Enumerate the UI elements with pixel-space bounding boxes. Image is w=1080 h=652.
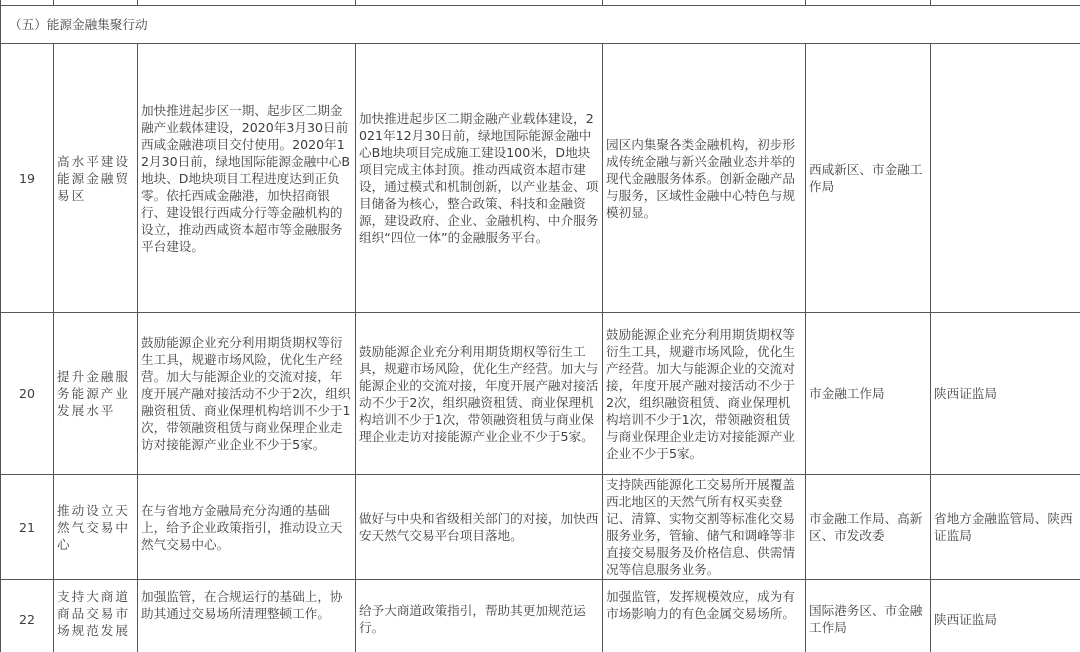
row-number: 19 bbox=[1, 44, 54, 313]
measures-2020: 鼓励能源企业充分利用期货期权等衍生工具，规避市场风险，优化生产经营。加大与能源企… bbox=[138, 313, 356, 475]
measures-2021: 做好与中央和省级相关部门的对接，加快西安天然气交易平台项目落地。 bbox=[356, 475, 603, 580]
task-name: 支持大商道商品交易市场规范发展 bbox=[54, 580, 138, 652]
row-number: 21 bbox=[1, 475, 54, 580]
goal-2025: 支持陕西能源化工交易所开展覆盖西北地区的天然气所有权买卖登记、清算、实物交割等标… bbox=[603, 475, 806, 580]
support-unit bbox=[931, 44, 1080, 313]
row-number: 22 bbox=[1, 580, 54, 652]
task-name: 提升金融服务能源产业发展水平 bbox=[54, 313, 138, 475]
measures-2021: 鼓励能源企业充分利用期货期权等衍生工具，规避市场风险，优化生产经营。加大与能源企… bbox=[356, 313, 603, 475]
measures-2020: 加快推进起步区一期、起步区二期金融产业载体建设，2020年3月30日前西咸金融港… bbox=[138, 44, 356, 313]
table-row: 22 支持大商道商品交易市场规范发展 加强监管，在合规运行的基础上，协助其通过交… bbox=[1, 580, 1080, 652]
section-header-row: （五）能源金融集聚行动 bbox=[1, 6, 1080, 44]
support-unit: 省地方金融监管局、陕西证监局 bbox=[931, 475, 1080, 580]
measures-2020: 加强监管，在合规运行的基础上，协助其通过交易场所清理整顿工作。 bbox=[138, 580, 356, 652]
task-name: 推动设立天然气交易中心 bbox=[54, 475, 138, 580]
row-number: 20 bbox=[1, 313, 54, 475]
goal-2025: 鼓励能源企业充分利用期货期权等衍生工具，规避市场风险，优化生产经营。加大与能源企… bbox=[603, 313, 806, 475]
lead-unit: 国际港务区、市金融工作局 bbox=[806, 580, 931, 652]
lead-unit: 市金融工作局、高新区、市发改委 bbox=[806, 475, 931, 580]
measures-2020: 在与省地方金融局充分沟通的基础上，给予企业政策指引，推动设立天然气交易中心。 bbox=[138, 475, 356, 580]
table-row: 19 高水平建设能源金融贸易区 加快推进起步区一期、起步区二期金融产业载体建设，… bbox=[1, 44, 1080, 313]
lead-unit: 西咸新区、市金融工作局 bbox=[806, 44, 931, 313]
action-plan-table: （五）能源金融集聚行动 19 高水平建设能源金融贸易区 加快推进起步区一期、起步… bbox=[0, 0, 1080, 652]
goal-2025: 加强监管，发挥规模效应，成为有市场影响力的有色金属交易场所。 bbox=[603, 580, 806, 652]
goal-2025: 园区内集聚各类金融机构，初步形成传统金融与新兴金融业态并举的现代金融服务体系。创… bbox=[603, 44, 806, 313]
support-unit: 陕西证监局 bbox=[931, 580, 1080, 652]
measures-2021: 给予大商道政策指引，帮助其更加规范运行。 bbox=[356, 580, 603, 652]
lead-unit: 市金融工作局 bbox=[806, 313, 931, 475]
table-row: 20 提升金融服务能源产业发展水平 鼓励能源企业充分利用期货期权等衍生工具，规避… bbox=[1, 313, 1080, 475]
table-row: 21 推动设立天然气交易中心 在与省地方金融局充分沟通的基础上，给予企业政策指引… bbox=[1, 475, 1080, 580]
section-title: （五）能源金融集聚行动 bbox=[1, 6, 1080, 44]
measures-2021: 加快推进起步区二期金融产业载体建设，2021年12月30日前，绿地国际能源金融中… bbox=[356, 44, 603, 313]
support-unit: 陕西证监局 bbox=[931, 313, 1080, 475]
task-name: 高水平建设能源金融贸易区 bbox=[54, 44, 138, 313]
